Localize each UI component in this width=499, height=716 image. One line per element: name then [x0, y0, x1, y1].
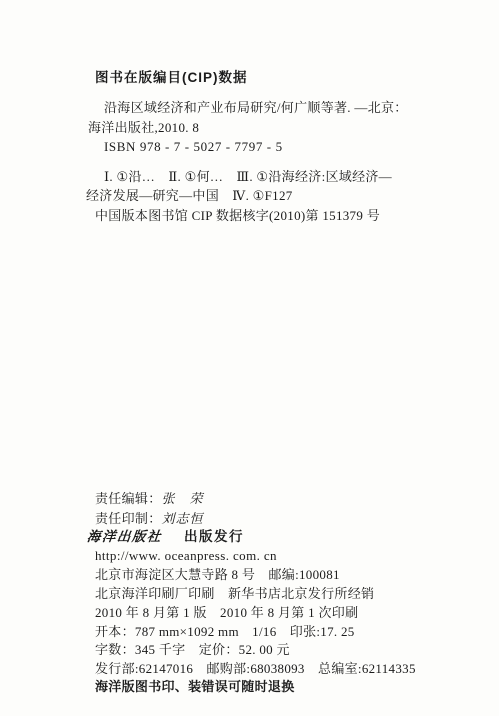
- classification-line-2: 经济发展—研究—中国 Ⅳ. ①F127: [86, 188, 293, 203]
- wordcount-price-line: 字数：345 千字 定价：52. 00 元: [95, 642, 290, 657]
- contact-phones-line: 发行部:62147016 邮购部:68038093 总编室:62114335: [95, 661, 416, 676]
- book-title-author-line: 沿海区域经济和产业布局研究/何广顺等著. —北京：: [104, 100, 408, 115]
- printer-label: 责任印制：: [95, 511, 162, 526]
- responsible-editor-line: 责任编辑：张 荣: [95, 491, 204, 506]
- editor-name: 张 荣: [162, 491, 204, 506]
- publisher-year-line: 海洋出版社,2010. 8: [88, 120, 199, 135]
- cip-heading: 图书在版编目(CIP)数据: [95, 70, 248, 85]
- publish-action-label: 出版发行: [184, 529, 244, 544]
- publisher-address-line: 北京市海淀区大慧寺路 8 号 邮编:100081: [95, 567, 340, 582]
- publisher-website: http://www. oceanpress. com. cn: [95, 548, 277, 563]
- cip-record-number: 中国版本图书馆 CIP 数据核字(2010)第 151379 号: [95, 208, 380, 223]
- publisher-line: 海洋出版社出版发行: [87, 529, 244, 544]
- publisher-logo: 海洋出版社: [86, 529, 163, 544]
- printing-distribution-line: 北京海洋印刷厂印刷 新华书店北京发行所经销: [95, 586, 374, 601]
- editor-label: 责任编辑：: [95, 491, 162, 506]
- format-sheets-line: 开本：787 mm×1092 mm 1/16 印张:17. 25: [95, 624, 355, 639]
- responsible-printer-line: 责任印制：刘志恒: [95, 511, 204, 526]
- isbn-line: ISBN 978 - 7 - 5027 - 7797 - 5: [104, 139, 283, 154]
- edition-impression-line: 2010 年 8 月第 1 版 2010 年 8 月第 1 次印刷: [95, 605, 358, 620]
- return-policy-line: 海洋版图书印、装错误可随时退换: [95, 679, 295, 694]
- classification-line-1: Ⅰ. ①沿… Ⅱ. ①何… Ⅲ. ①沿海经济:区域经济—: [104, 169, 392, 184]
- copyright-page: 图书在版编目(CIP)数据 沿海区域经济和产业布局研究/何广顺等著. —北京： …: [0, 0, 499, 716]
- printer-name: 刘志恒: [162, 511, 204, 526]
